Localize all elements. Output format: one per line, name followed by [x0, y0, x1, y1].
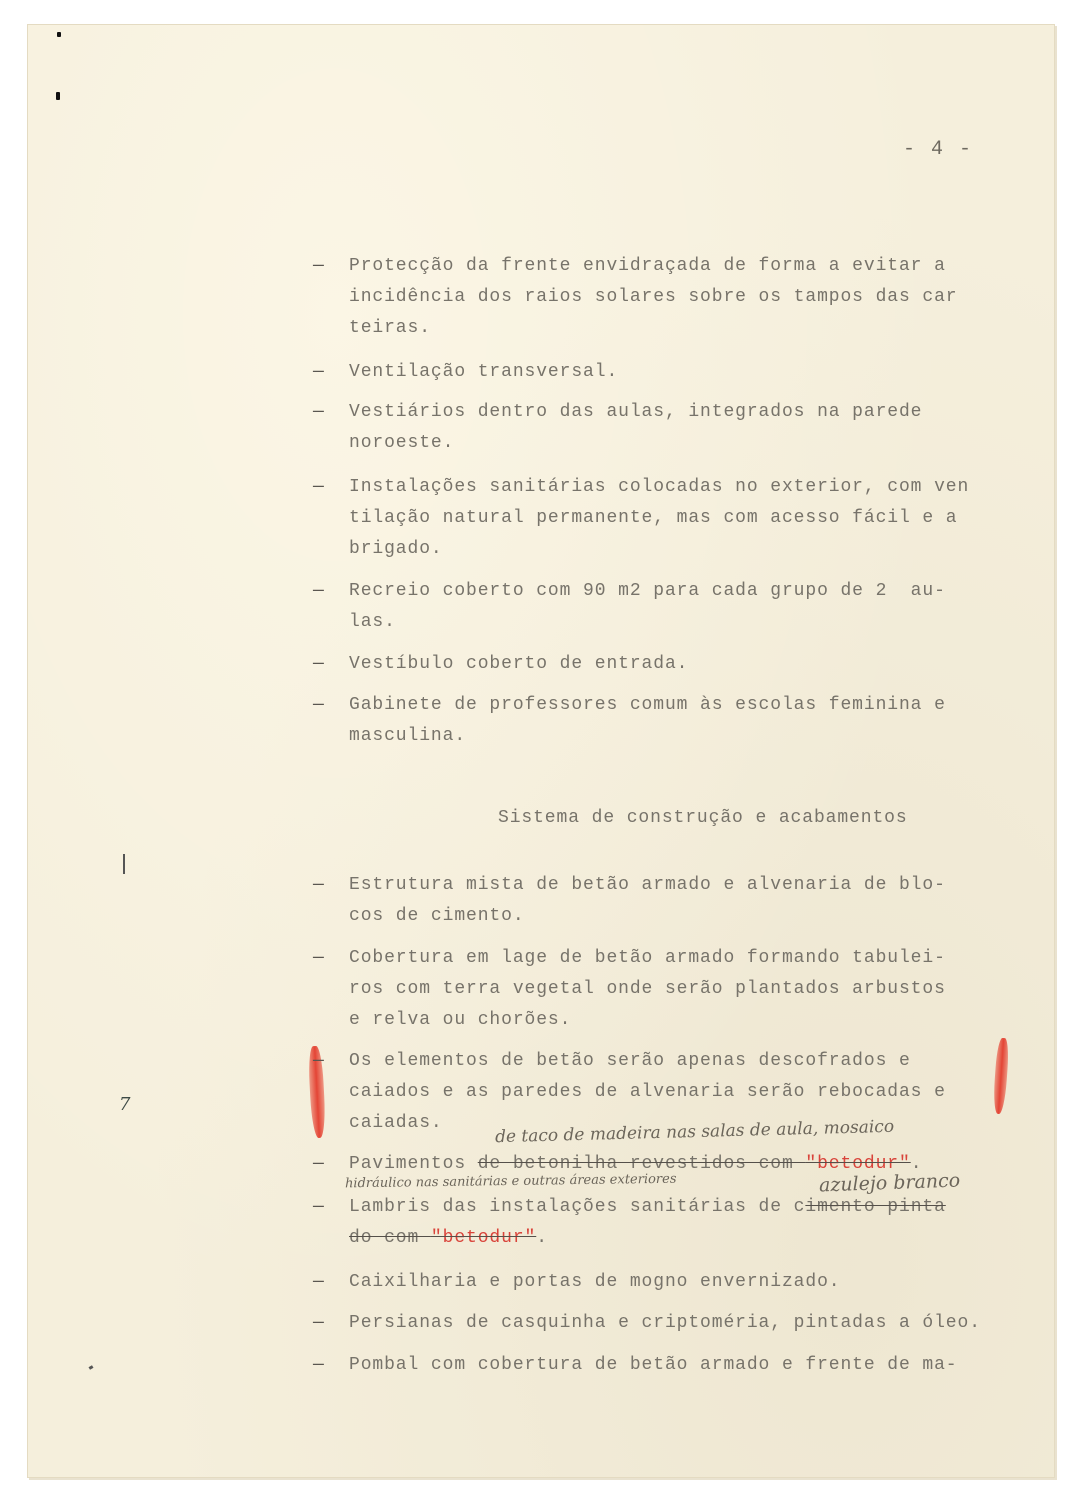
struck-text: do com [349, 1228, 431, 1248]
bullet-dash: — [313, 1313, 324, 1333]
list-item-line: Pavimentos de betonilha revestidos com "… [349, 1154, 922, 1174]
bullet-dash: — [313, 477, 324, 497]
text-prefix: Pavimentos [349, 1154, 478, 1174]
bullet-dash: — [313, 1272, 324, 1292]
quoted-term: "betodur" [431, 1228, 536, 1248]
list-item-line: caiados e as paredes de alvenaria serão … [349, 1082, 946, 1102]
section-heading: Sistema de construção e acabamentos [498, 808, 908, 828]
struck-text: de betonilha revestidos com [478, 1154, 806, 1174]
list-item-line: Persianas de casquinha e criptoméria, pi… [349, 1313, 981, 1333]
list-item-line: Lambris das instalações sanitárias de ci… [349, 1197, 946, 1217]
document-page: - 4 - — Protecção da frente envidraçada … [27, 24, 1055, 1478]
text-suffix: . [536, 1228, 548, 1248]
list-item-line: Instalações sanitárias colocadas no exte… [349, 477, 969, 497]
bullet-dash: — [313, 695, 324, 715]
margin-handwritten-mark: 7 [119, 1094, 130, 1115]
bullet-dash: — [313, 875, 324, 895]
bullet-dash: — [313, 1154, 324, 1174]
handwritten-annotation: azulejo branco [819, 1170, 961, 1197]
bullet-dash: — [313, 256, 324, 276]
text-prefix: Lambris das instalações sanitárias de c [349, 1197, 805, 1217]
bullet-dash: — [313, 948, 324, 968]
list-item-line: masculina. [349, 726, 466, 746]
list-item-line: Caixilharia e portas de mogno envernizad… [349, 1272, 840, 1292]
list-item-line: caiadas. [349, 1113, 443, 1133]
list-item-line: e relva ou chorões. [349, 1010, 571, 1030]
red-pencil-mark-right [992, 1038, 1009, 1115]
list-item-line: Estrutura mista de betão armado e alvena… [349, 875, 946, 895]
list-item-line: Vestiários dentro das aulas, integrados … [349, 402, 922, 422]
bullet-dash: — [313, 362, 324, 382]
punch-hole-bottom [56, 92, 60, 100]
handwritten-annotation: de taco de madeira nas salas de aula, mo… [495, 1117, 895, 1147]
list-item-line: tilação natural permanente, mas com aces… [349, 508, 958, 528]
bullet-dash: — [313, 1355, 324, 1375]
handwritten-annotation: hidráulico nas sanitárias e outras áreas… [345, 1172, 677, 1192]
list-item-line: las. [349, 612, 396, 632]
list-item-line: ros com terra vegetal onde serão plantad… [349, 979, 946, 999]
margin-speck [89, 1365, 94, 1370]
list-item-line: teiras. [349, 318, 431, 338]
list-item-line: Recreio coberto com 90 m2 para cada grup… [349, 581, 946, 601]
list-item-line: cos de cimento. [349, 906, 525, 926]
list-item-line: Ventilação transversal. [349, 362, 618, 382]
list-item-line: brigado. [349, 539, 443, 559]
list-item-line: noroeste. [349, 433, 454, 453]
list-item-line: do com "betodur". [349, 1228, 548, 1248]
list-item-line: Pombal com cobertura de betão armado e f… [349, 1355, 958, 1375]
bullet-dash: — [313, 402, 324, 422]
list-item-line: incidência dos raios solares sobre os ta… [349, 287, 958, 307]
list-item-line: Vestíbulo coberto de entrada. [349, 654, 688, 674]
punch-hole-top [57, 32, 61, 37]
list-item-line: Os elementos de betão serão apenas desco… [349, 1051, 911, 1071]
page-number: - 4 - [903, 138, 973, 161]
list-item-line: Gabinete de professores comum às escolas… [349, 695, 946, 715]
list-item-line: Cobertura em lage de betão armado forman… [349, 948, 946, 968]
bullet-dash: — [313, 581, 324, 601]
bullet-dash: — [313, 1197, 324, 1217]
bullet-dash: — [313, 1051, 324, 1071]
list-item-line: Protecção da frente envidraçada de forma… [349, 256, 946, 276]
struck-text: imento pinta [805, 1197, 945, 1217]
margin-tick-mark [123, 854, 125, 874]
bullet-dash: — [313, 654, 324, 674]
